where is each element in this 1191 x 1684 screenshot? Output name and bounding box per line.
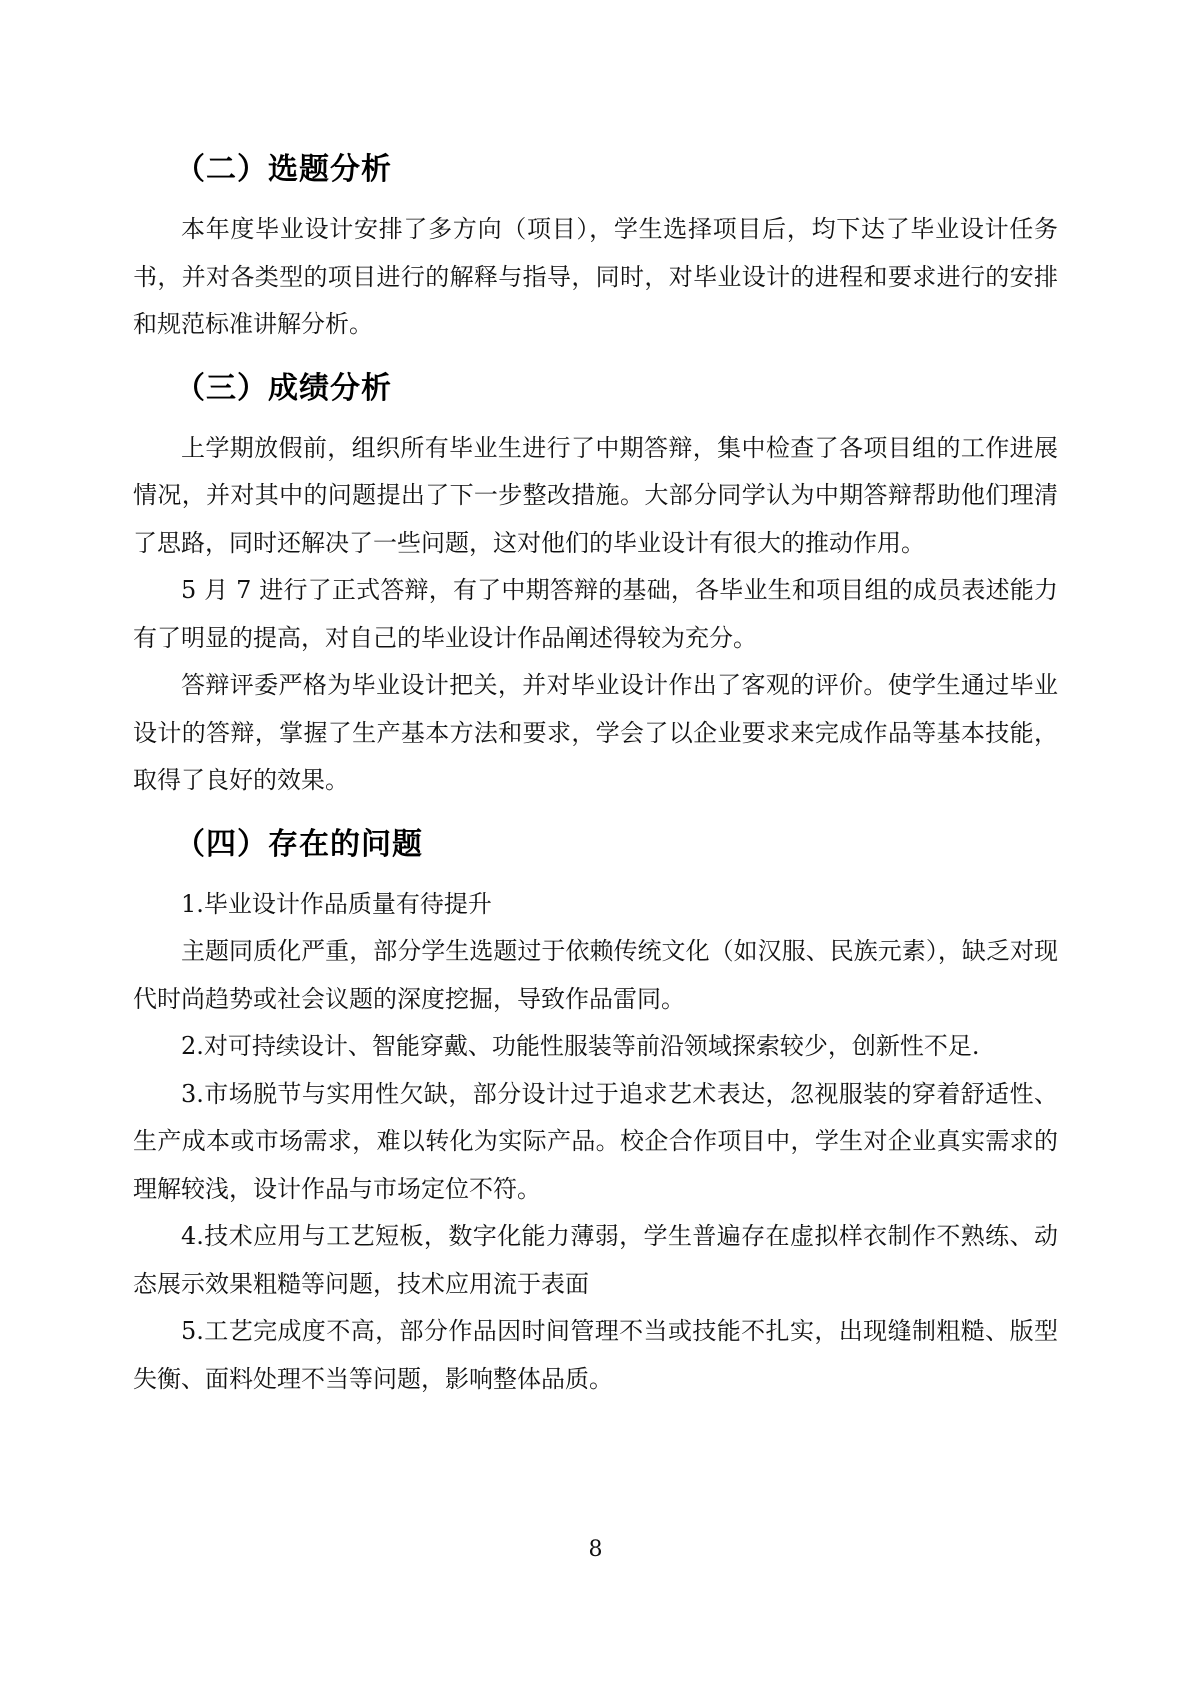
page-number: 8 [0, 1537, 1191, 1562]
paragraph: 5 月 7 进行了正式答辩，有了中期答辩的基础，各毕业生和项目组的成员表述能力有… [133, 567, 1058, 662]
section-score-analysis: （三）成绩分析 上学期放假前，组织所有毕业生进行了中期答辩，集中检查了各项目组的… [133, 367, 1058, 805]
document-page: （二）选题分析 本年度毕业设计安排了多方向（项目），学生选择项目后，均下达了毕业… [0, 0, 1191, 1684]
document-content: （二）选题分析 本年度毕业设计安排了多方向（项目），学生选择项目后，均下达了毕业… [133, 148, 1058, 1403]
section-heading: （二）选题分析 [175, 148, 1058, 192]
paragraph: 1.毕业设计作品质量有待提升 [133, 881, 1058, 929]
paragraph: 主题同质化严重，部分学生选题过于依赖传统文化（如汉服、民族元素），缺乏对现代时尚… [133, 928, 1058, 1023]
paragraph: 本年度毕业设计安排了多方向（项目），学生选择项目后，均下达了毕业设计任务书，并对… [133, 206, 1058, 349]
paragraph: 答辩评委严格为毕业设计把关，并对毕业设计作出了客观的评价。使学生通过毕业设计的答… [133, 662, 1058, 805]
paragraph: 4.技术应用与工艺短板，数字化能力薄弱，学生普遍存在虚拟样衣制作不熟练、动态展示… [133, 1213, 1058, 1308]
section-heading: （三）成绩分析 [175, 367, 1058, 411]
section-existing-problems: （四）存在的问题 1.毕业设计作品质量有待提升 主题同质化严重，部分学生选题过于… [133, 823, 1058, 1404]
section-heading: （四）存在的问题 [175, 823, 1058, 867]
paragraph: 3.市场脱节与实用性欠缺，部分设计过于追求艺术表达，忽视服装的穿着舒适性、生产成… [133, 1071, 1058, 1214]
paragraph: 5.工艺完成度不高，部分作品因时间管理不当或技能不扎实，出现缝制粗糙、版型失衡、… [133, 1308, 1058, 1403]
section-topic-analysis: （二）选题分析 本年度毕业设计安排了多方向（项目），学生选择项目后，均下达了毕业… [133, 148, 1058, 349]
paragraph: 2.对可持续设计、智能穿戴、功能性服装等前沿领域探索较少，创新性不足. [133, 1023, 1058, 1071]
paragraph: 上学期放假前，组织所有毕业生进行了中期答辩，集中检查了各项目组的工作进展情况，并… [133, 425, 1058, 568]
